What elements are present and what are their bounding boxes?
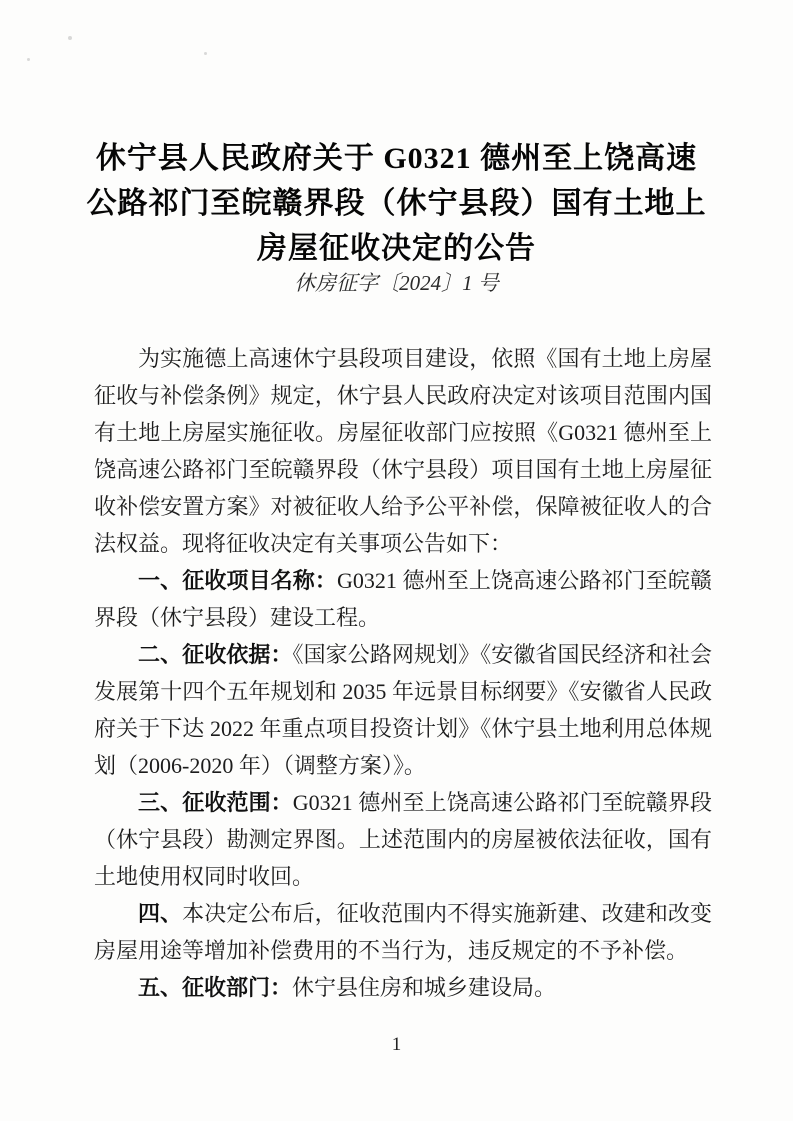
paragraph-section-2-lead: 二、征收依据： (138, 642, 293, 667)
page-number: 1 (0, 1034, 793, 1056)
scan-speck (27, 58, 30, 61)
paragraph-section-4: 四、本决定公布后，征收范围内不得实施新建、改建和改变房屋用途等增加补偿费用的不当… (94, 895, 712, 969)
paragraph-section-2: 二、征收依据：《国家公路网规划》《安徽省国民经济和社会发展第十四个五年规划和 2… (94, 636, 712, 784)
scan-speck (204, 52, 207, 55)
paragraph-intro: 为实施德上高速休宁县段项目建设，依照《国有土地上房屋征收与补偿条例》规定，休宁县… (94, 340, 712, 562)
paragraph-section-3-lead: 三、征收范围： (138, 790, 293, 815)
paragraph-section-5-text: 休宁县住房和城乡建设局。 (292, 975, 556, 1000)
paragraph-section-1-lead: 一、征收项目名称： (138, 568, 337, 593)
paragraph-section-1: 一、征收项目名称：G0321 德州至上饶高速公路祁门至皖赣界段（休宁县段）建设工… (94, 562, 712, 636)
document-title-line-3: 房屋征收决定的公告 (50, 226, 743, 271)
paragraph-section-5-lead: 五、征收部门： (138, 975, 292, 1000)
scanned-document-page: 休宁县人民政府关于 G0321 德州至上饶高速 公路祁门至皖赣界段（休宁县段）国… (0, 0, 793, 1121)
paragraph-section-3: 三、征收范围：G0321 德州至上饶高速公路祁门至皖赣界段（休宁县段）勘测定界图… (94, 784, 712, 895)
paragraph-intro-text: 为实施德上高速休宁县段项目建设，依照《国有土地上房屋征收与补偿条例》规定，休宁县… (94, 346, 712, 556)
paragraph-section-4-lead: 四、 (138, 901, 182, 926)
document-reference-number: 休房征字〔2024〕1 号 (0, 268, 793, 298)
paragraph-section-5: 五、征收部门：休宁县住房和城乡建设局。 (94, 969, 712, 1006)
document-body: 为实施德上高速休宁县段项目建设，依照《国有土地上房屋征收与补偿条例》规定，休宁县… (94, 340, 712, 1006)
document-title-line-1: 休宁县人民政府关于 G0321 德州至上饶高速 (50, 136, 743, 181)
paragraph-section-4-text: 本决定公布后，征收范围内不得实施新建、改建和改变房屋用途等增加补偿费用的不当行为… (94, 901, 712, 963)
document-title-line-2: 公路祁门至皖赣界段（休宁县段）国有土地上 (50, 181, 743, 226)
scan-speck (68, 36, 72, 40)
document-title: 休宁县人民政府关于 G0321 德州至上饶高速 公路祁门至皖赣界段（休宁县段）国… (50, 136, 743, 271)
